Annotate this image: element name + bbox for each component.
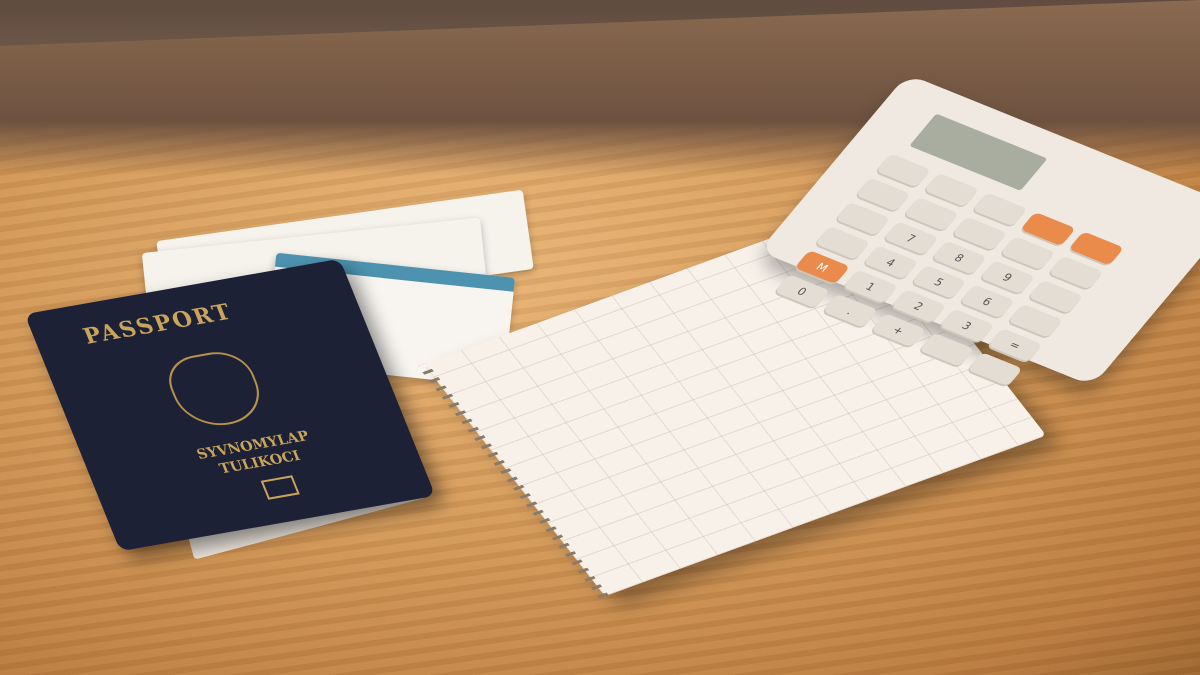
passport-subtitle: SYVNOMYLAP TULIKOCI <box>194 427 319 481</box>
emblem-icon <box>160 347 271 432</box>
biometric-chip-icon <box>261 475 300 500</box>
passport-title: PASSPORT <box>79 299 236 350</box>
